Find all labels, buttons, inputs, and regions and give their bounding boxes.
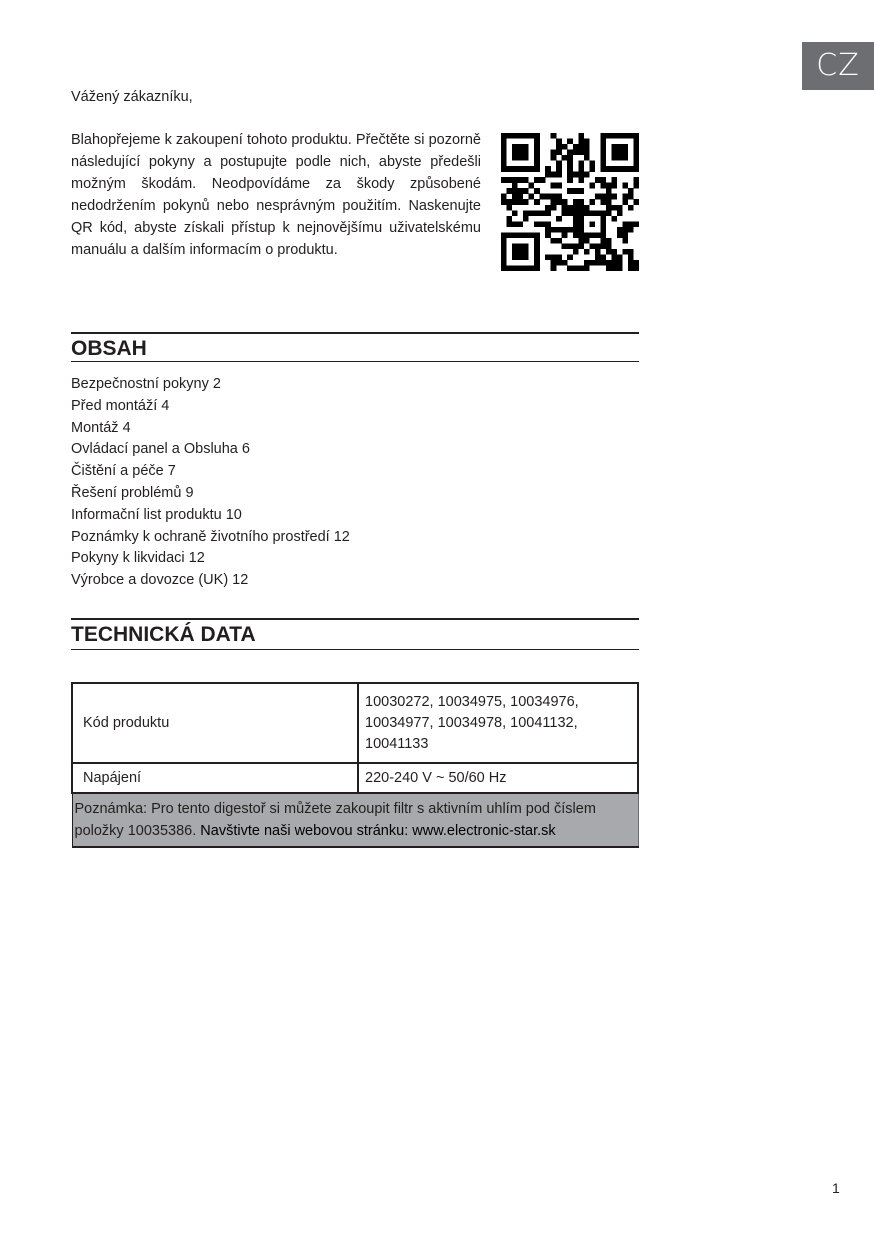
product-code-value: 10030272, 10034975, 10034976, 10034977, … — [358, 683, 638, 763]
language-badge: CZ — [802, 42, 874, 90]
power-supply-label: Napájení — [72, 763, 358, 793]
technical-data-heading: TECHNICKÁ DATA — [71, 618, 639, 650]
table-of-contents: Bezpečnostní pokyny 2Před montáží 4Montá… — [71, 374, 350, 592]
table-row: Kód produktu 10030272, 10034975, 1003497… — [72, 683, 638, 763]
toc-item[interactable]: Pokyny k likvidaci 12 — [71, 548, 350, 570]
table-row: Poznámka: Pro tento digestoř si můžete z… — [72, 793, 638, 847]
greeting: Vážený zákazníku, — [71, 87, 193, 107]
toc-item[interactable]: Ovládací panel a Obsluha 6 — [71, 439, 350, 461]
power-supply-value: 220-240 V ~ 50/60 Hz — [358, 763, 638, 793]
technical-data-table: Kód produktu 10030272, 10034975, 1003497… — [71, 682, 639, 848]
contents-heading: OBSAH — [71, 332, 639, 362]
toc-item[interactable]: Poznámky k ochraně životního prostředí 1… — [71, 527, 350, 549]
intro-paragraph: Blahopřejeme k zakoupení tohoto produktu… — [71, 129, 481, 261]
toc-item[interactable]: Řešení problémů 9 — [71, 483, 350, 505]
qr-code-icon[interactable] — [501, 133, 639, 271]
toc-item[interactable]: Výrobce a dovozce (UK) 12 — [71, 570, 350, 592]
product-code-label: Kód produktu — [72, 683, 358, 763]
toc-item[interactable]: Před montáží 4 — [71, 396, 350, 418]
table-row: Napájení 220-240 V ~ 50/60 Hz — [72, 763, 638, 793]
toc-item[interactable]: Bezpečnostní pokyny 2 — [71, 374, 350, 396]
toc-item[interactable]: Informační list produktu 10 — [71, 505, 350, 527]
toc-item[interactable]: Čištění a péče 7 — [71, 461, 350, 483]
toc-item[interactable]: Montáž 4 — [71, 418, 350, 440]
website-link[interactable]: Navštivte naši webovou stránku: www.elec… — [200, 823, 555, 839]
page-number: 1 — [832, 1180, 840, 1196]
note-cell: Poznámka: Pro tento digestoř si můžete z… — [72, 793, 638, 847]
